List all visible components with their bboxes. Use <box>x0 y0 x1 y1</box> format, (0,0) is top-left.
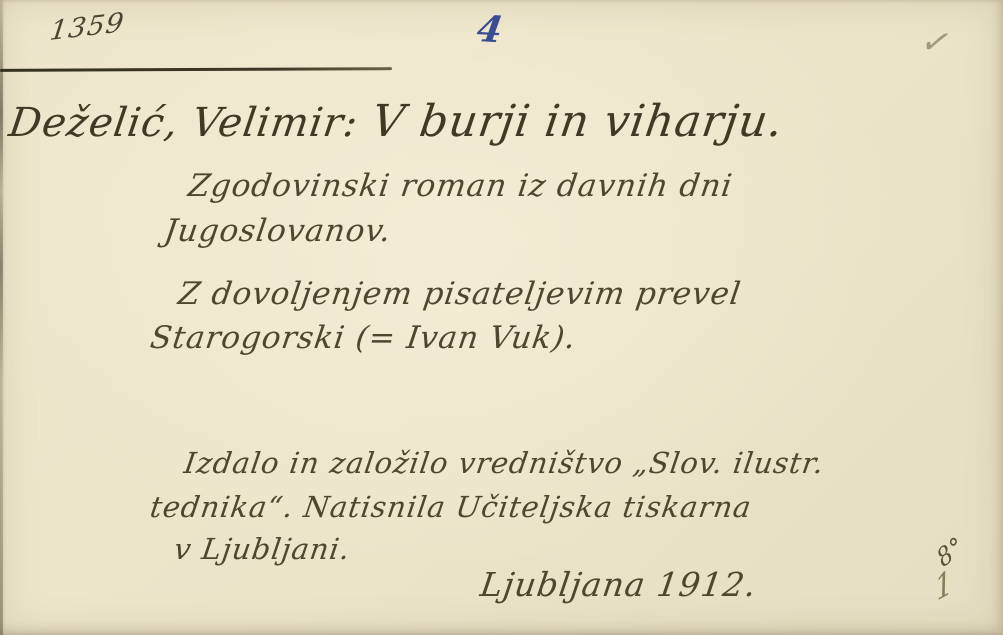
author-name: Deželić, Velimir: <box>6 100 361 146</box>
translation-note-line: Starogorski (= Ivan Vuk). <box>148 320 579 356</box>
copy-number: 1 <box>933 563 956 609</box>
imprint-line: v Ljubljani. <box>172 532 353 566</box>
accession-number: 1359 <box>48 7 126 47</box>
imprint-line: Izdalo in založilo vredništvo „Slov. ilu… <box>182 446 826 480</box>
imprint-line: tednika“. Natisnila Učiteljska tiskarna <box>148 490 754 524</box>
heading-line: Deželić, Velimir:V burji in viharju. <box>6 96 787 147</box>
subtitle-line: Jugoslovanov. <box>162 213 394 249</box>
blue-ink-numeral: 4 <box>474 8 506 51</box>
subtitle-line: Zgodovinski roman iz davnih dni <box>186 168 735 204</box>
book-title: V burji in viharju. <box>369 96 787 147</box>
translation-note-line: Z dovoljenjem pisateljevim prevel <box>176 276 743 312</box>
catalog-card: 1359 4 ✓ Deželić, Velimir:V burji in vih… <box>0 0 1003 635</box>
scan-edge-shadow <box>0 0 3 635</box>
checkmark-icon: ✓ <box>916 21 958 64</box>
place-and-date: Ljubljana 1912. <box>478 565 759 604</box>
header-rule <box>0 67 392 72</box>
